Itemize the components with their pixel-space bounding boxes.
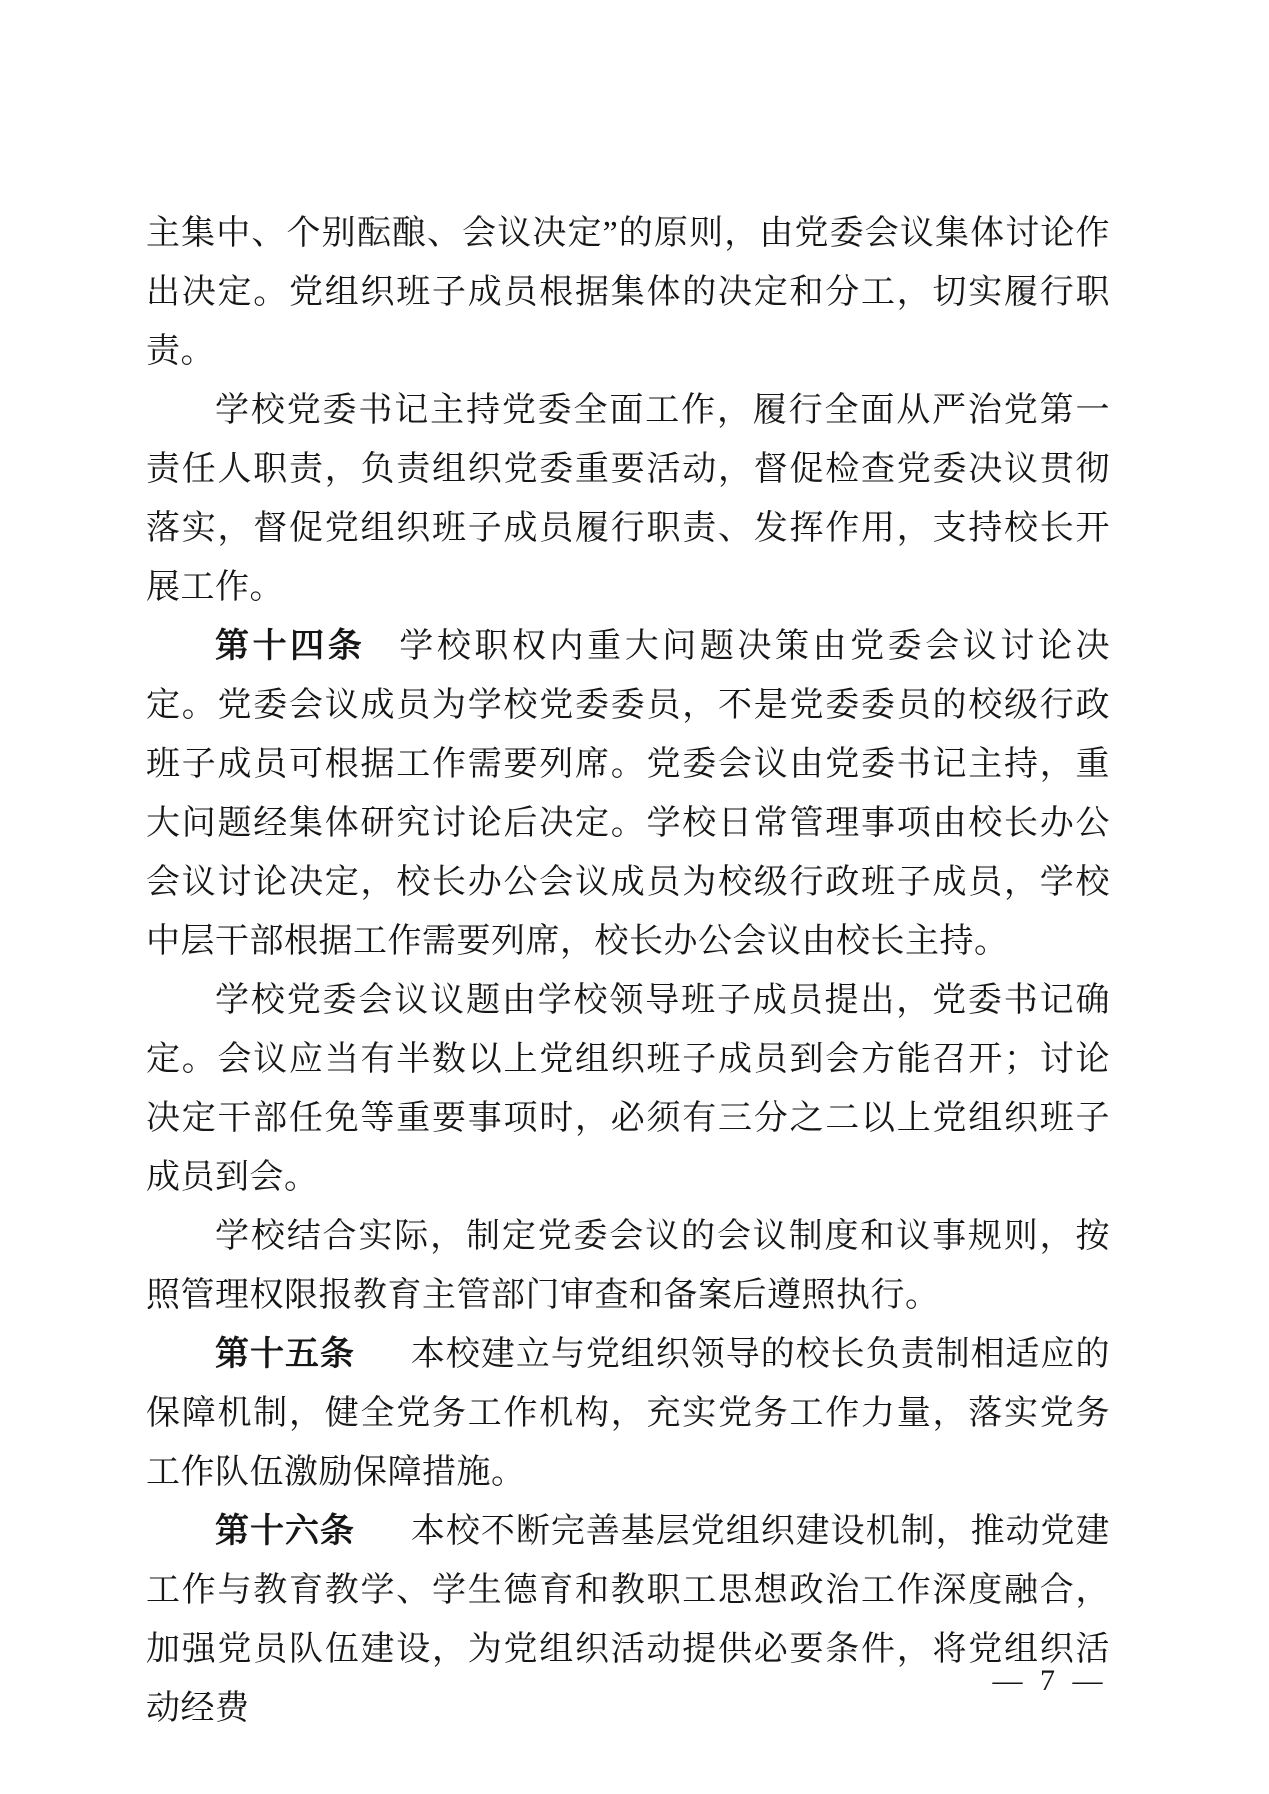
article-16-heading: 第十六条 bbox=[215, 1512, 355, 1550]
article-16: 第十六条本校不断完善基层党组织建设机制，推动党建工作与教育教学、学生德育和教职工… bbox=[146, 1502, 1110, 1738]
paragraph-meeting-rules: 学校结合实际，制定党委会议的会议制度和议事规则，按照管理权限报教育主管部门审查和… bbox=[146, 1207, 1110, 1325]
paragraph-secretary-duties: 学校党委书记主持党委全面工作，履行全面从严治党第一责任人职责，负责组织党委重要活… bbox=[146, 381, 1110, 617]
paragraph-text: 主集中、个别酝酿、会议决定”的原则，由党委会议集体讨论作出决定。党组织班子成员根… bbox=[146, 215, 1110, 370]
article-15-heading: 第十五条 bbox=[215, 1335, 355, 1373]
article-14-heading: 第十四条 bbox=[215, 627, 365, 665]
paragraph-continuation: 主集中、个别酝酿、会议决定”的原则，由党委会议集体讨论作出决定。党组织班子成员根… bbox=[146, 204, 1110, 381]
article-14-text: 学校职权内重大问题决策由党委会议讨论决定。党委会议成员为学校党委委员，不是党委委… bbox=[146, 628, 1110, 960]
paragraph-text: 学校党委书记主持党委全面工作，履行全面从严治党第一责任人职责，负责组织党委重要活… bbox=[146, 392, 1110, 606]
paragraph-text: 学校党委会议议题由学校领导班子成员提出，党委书记确定。会议应当有半数以上党组织班… bbox=[146, 982, 1110, 1196]
document-body: 主集中、个别酝酿、会议决定”的原则，由党委会议集体讨论作出决定。党组织班子成员根… bbox=[146, 204, 1110, 1738]
paragraph-meeting-topics: 学校党委会议议题由学校领导班子成员提出，党委书记确定。会议应当有半数以上党组织班… bbox=[146, 971, 1110, 1207]
paragraph-text: 学校结合实际，制定党委会议的会议制度和议事规则，按照管理权限报教育主管部门审查和… bbox=[146, 1218, 1110, 1314]
article-14: 第十四条学校职权内重大问题决策由党委会议讨论决定。党委会议成员为学校党委委员，不… bbox=[146, 617, 1110, 971]
document-page: 主集中、个别酝酿、会议决定”的原则，由党委会议集体讨论作出决定。党组织班子成员根… bbox=[0, 0, 1269, 1794]
article-15: 第十五条本校建立与党组织领导的校长负责制相适应的保障机制，健全党务工作机构，充实… bbox=[146, 1325, 1110, 1502]
page-number: — 7 — bbox=[950, 1663, 1150, 1699]
